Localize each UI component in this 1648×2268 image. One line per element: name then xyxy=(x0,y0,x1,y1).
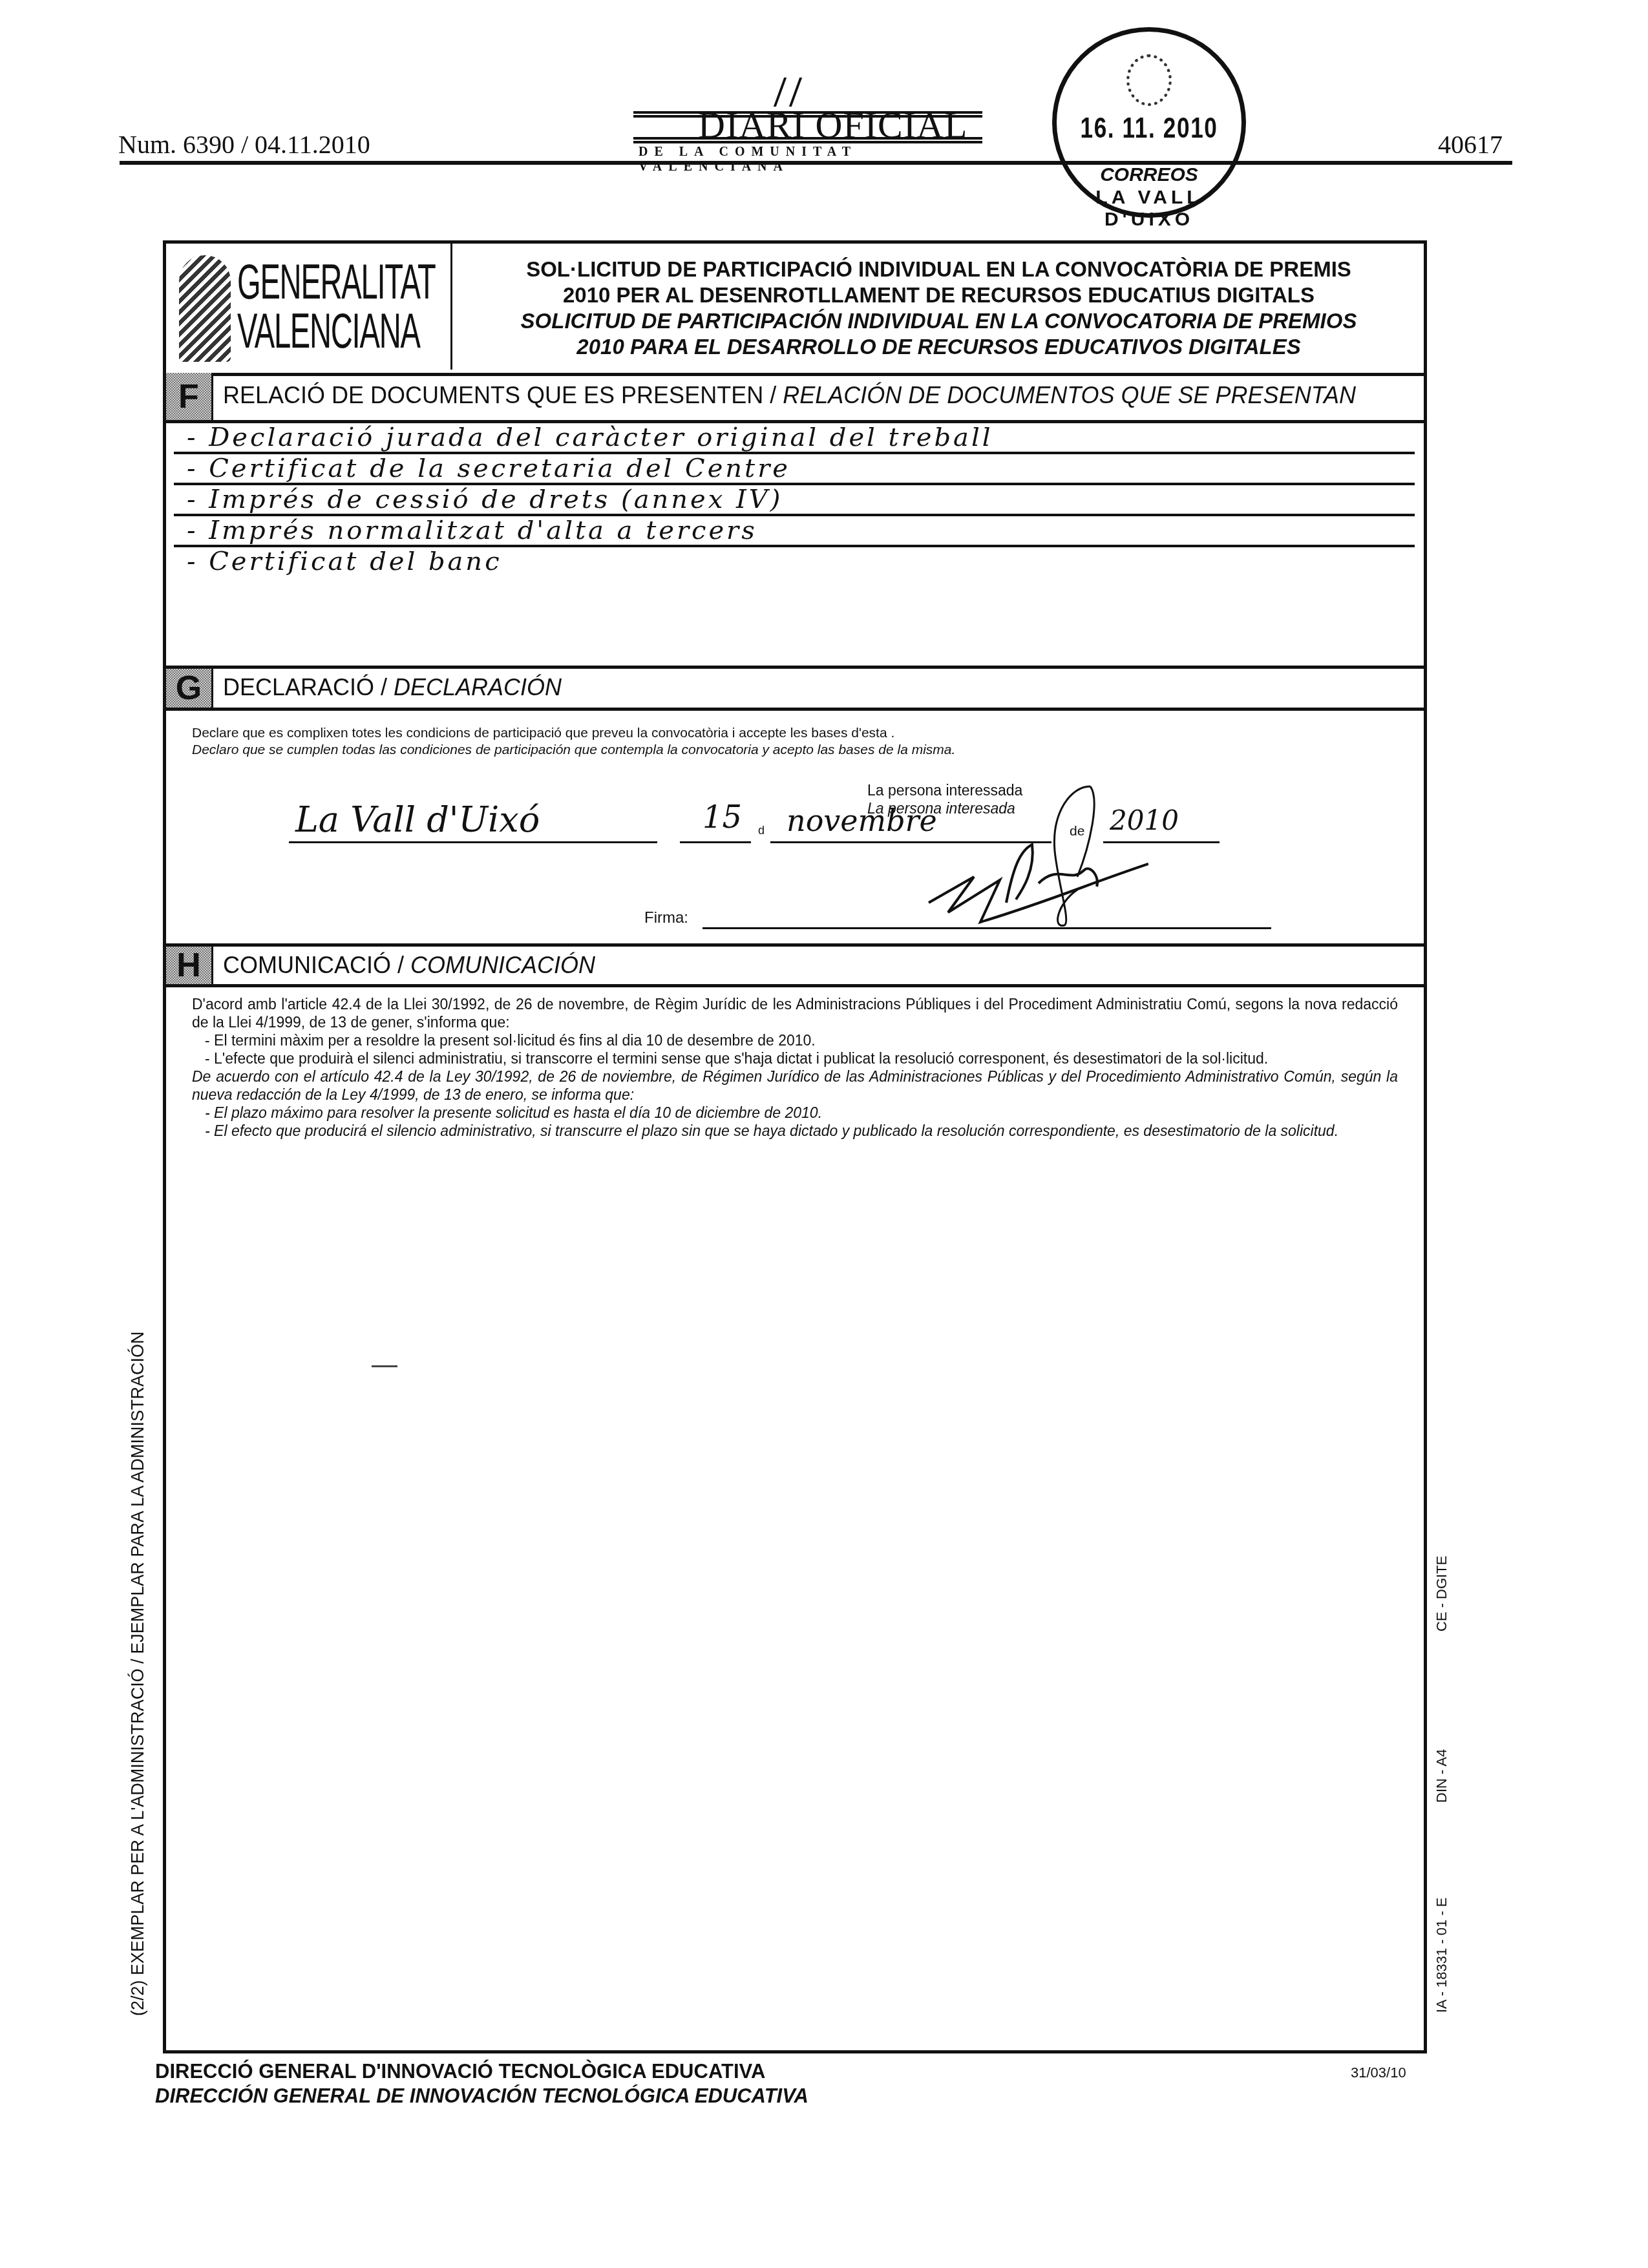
date-d-label: d xyxy=(758,824,765,837)
publication-subtitle: DE LA COMUNITAT VALENCIANA xyxy=(639,145,982,174)
postmark-place: LA VALL D'UIXO xyxy=(1057,187,1241,231)
signature-label: Firma: xyxy=(644,909,688,927)
application-form: GENERALITAT VALENCIANA SOL·LICITUD DE PA… xyxy=(163,240,1427,2053)
signature-line[interactable] xyxy=(703,927,1271,929)
document-line[interactable]: - Imprés de cessió de drets (annex IV) xyxy=(174,485,1415,516)
section-f-label-ca: RELACIÓ DE DOCUMENTS QUE ES PRESENTEN / xyxy=(223,382,783,408)
footer-directorate-ca: DIRECCIÓ GENERAL D'INNOVACIÓ TECNOLÒGICA… xyxy=(155,2060,765,2083)
section-letter-h: H xyxy=(166,947,213,984)
communication-text: D'acord amb l'article 42.4 de la Llei 30… xyxy=(192,995,1398,1140)
declaration-ca: Declare que es complixen totes les condi… xyxy=(192,725,955,742)
section-h-header: H COMUNICACIÓ / COMUNICACIÓN xyxy=(166,943,1424,987)
stray-mark xyxy=(372,1365,397,1367)
section-g-header: G DECLARACIÓ / DECLARACIÓN xyxy=(166,666,1424,711)
comm-es-intro: De acuerdo con el artículo 42.4 de la Le… xyxy=(192,1067,1398,1104)
issue-number: Num. 6390 / 04.11.2010 xyxy=(118,129,370,160)
section-letter-f: F xyxy=(166,373,213,420)
section-letter-g: G xyxy=(166,669,213,708)
diari-oficial-logo: DIARI OFICIAL DE LA COMUNITAT VALENCIANA xyxy=(633,78,982,162)
publication-title: DIARI OFICIAL xyxy=(698,103,967,147)
footer-directorate-es: DIRECCIÓN GENERAL DE INNOVACIÓN TECNOLÓG… xyxy=(155,2084,808,2108)
declaration-text: Declare que es complixen totes les condi… xyxy=(192,725,955,759)
page-number: 40617 xyxy=(1438,129,1503,160)
title-ca-1: SOL·LICITUD DE PARTICIPACIÓ INDIVIDUAL E… xyxy=(454,257,1424,282)
place-field[interactable]: La Vall d'Uixó xyxy=(295,799,540,840)
section-g-label-es: DECLARACIÓN xyxy=(394,674,562,700)
section-f-header: F RELACIÓ DE DOCUMENTS QUE ES PRESENTEN … xyxy=(166,373,1424,423)
copy-designation: (2/2) EXEMPLAR PER A L'ADMINISTRACIÓ / E… xyxy=(128,1332,148,2016)
document-line[interactable]: - Imprés normalitzat d'alta a tercers xyxy=(174,516,1415,547)
comm-es-item: - El efecto que producirá el silencio ad… xyxy=(192,1122,1398,1140)
form-code: IA - 18331 - 01 - E xyxy=(1433,1897,1450,2013)
comm-ca-intro: D'acord amb l'article 42.4 de la Llei 30… xyxy=(192,995,1398,1031)
postmark-date: 16. 11. 2010 xyxy=(1075,112,1223,145)
title-es-2: 2010 PARA EL DESARROLLO DE RECURSOS EDUC… xyxy=(454,334,1424,360)
section-g-label-ca: DECLARACIÓ / xyxy=(223,674,394,700)
logo-line1: GENERALITAT xyxy=(237,258,436,307)
handwritten-signature[interactable] xyxy=(877,773,1148,929)
document-line[interactable]: - Declaració jurada del caràcter origina… xyxy=(174,423,1415,454)
title-ca-2: 2010 PER AL DESENROTLLAMENT DE RECURSOS … xyxy=(454,282,1424,308)
postmark-stamp: 16. 11. 2010 CORREOS LA VALL D'UIXO xyxy=(1052,27,1246,218)
document-line[interactable]: - Certificat de la secretaria del Centre xyxy=(174,454,1415,485)
paper-size: DIN - A4 xyxy=(1433,1749,1450,1803)
section-f-label-es: RELACIÓN DE DOCUMENTOS QUE SE PRESENTAN xyxy=(783,382,1356,408)
crown-emblem-icon xyxy=(1126,54,1172,106)
document-line[interactable]: - Certificat del banc xyxy=(174,547,1415,576)
document-list: - Declaració jurada del caràcter origina… xyxy=(174,423,1415,576)
bat-emblem-icon xyxy=(179,255,231,362)
generalitat-logo: GENERALITAT VALENCIANA xyxy=(166,244,452,370)
form-title: SOL·LICITUD DE PARTICIPACIÓ INDIVIDUAL E… xyxy=(454,257,1424,360)
comm-ca-item: - L'efecte que produirà el silenci admin… xyxy=(192,1049,1398,1067)
form-version-date: 31/03/10 xyxy=(1351,2064,1406,2081)
valencian-crest-icon xyxy=(774,78,802,107)
declaration-es: Declaro que se cumplen todas las condici… xyxy=(192,742,955,759)
header-rule xyxy=(120,161,1512,165)
form-header: GENERALITAT VALENCIANA SOL·LICITUD DE PA… xyxy=(166,244,1424,376)
title-es-1: SOLICITUD DE PARTICIPACIÓN INDIVIDUAL EN… xyxy=(454,308,1424,334)
day-field[interactable]: 15 xyxy=(703,799,742,835)
logo-line2: VALENCIANA xyxy=(237,307,436,356)
comm-ca-item: - El termini màxim per a resoldre la pre… xyxy=(192,1031,1398,1049)
postmark-service: CORREOS xyxy=(1057,164,1241,186)
comm-es-item: - El plazo máximo para resolver la prese… xyxy=(192,1104,1398,1122)
section-h-label-es: COMUNICACIÓN xyxy=(410,952,595,978)
section-h-label-ca: COMUNICACIÓ / xyxy=(223,952,410,978)
department-code: CE - DGITE xyxy=(1433,1556,1450,1632)
